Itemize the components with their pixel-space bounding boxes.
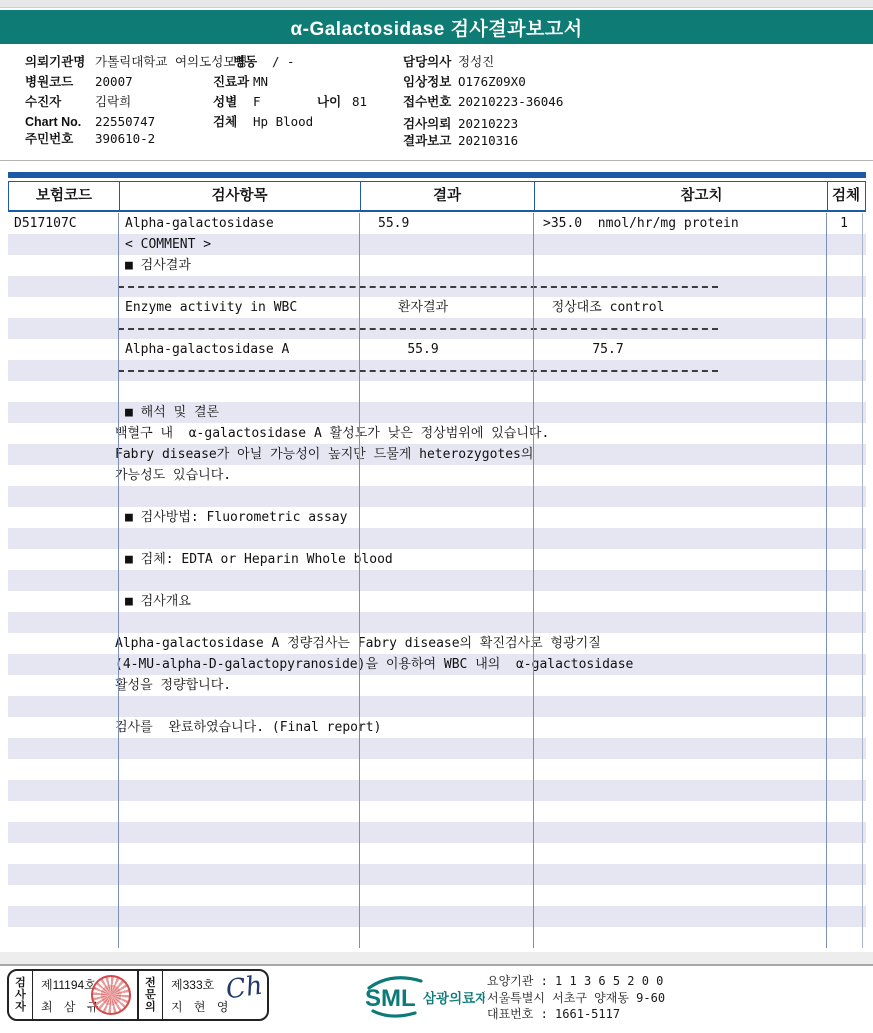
cell: Alpha-galactosidase A 정량검사는 Fabry diseas… bbox=[115, 633, 601, 654]
header-separator bbox=[827, 182, 828, 210]
cell: Alpha-galactosidase bbox=[125, 213, 274, 234]
table-row bbox=[8, 780, 866, 801]
org-name-text: 삼광의료재단 bbox=[423, 990, 485, 1006]
table-row bbox=[8, 759, 866, 780]
info-label: 임상정보 bbox=[403, 74, 451, 90]
table-row: < COMMENT > bbox=[8, 234, 866, 255]
table-right-border bbox=[862, 213, 863, 948]
info-value: 정성진 bbox=[458, 54, 494, 70]
table-row: Alpha-galactosidase A55.975.7 bbox=[8, 339, 866, 360]
report-title: α-Galactosidase 검사결과보고서 bbox=[290, 14, 582, 41]
col-header-code: 보험코드 bbox=[9, 182, 119, 210]
table-row bbox=[8, 738, 866, 759]
top-divider bbox=[0, 0, 873, 8]
org-care-number: 요양기관 : 1 1 3 6 5 2 0 0 bbox=[487, 972, 663, 989]
examiner-stamp-box: 검 사 자 제11194호 최 삼 규 전 문 의 제333호 지 현 영 Ch bbox=[7, 969, 269, 1021]
info-value: 가톨릭대학교 여의도성모병 bbox=[95, 54, 247, 70]
info-label: 의뢰기관명 bbox=[25, 54, 85, 70]
header-separator bbox=[360, 182, 361, 210]
info-label: 결과보고 bbox=[403, 133, 451, 149]
info-value: 김락희 bbox=[95, 94, 131, 110]
info-value: MN bbox=[253, 74, 268, 90]
table-row bbox=[8, 927, 866, 948]
cell: ■ 검사결과 bbox=[125, 255, 191, 276]
info-label: 성별 bbox=[213, 94, 237, 110]
dashed-separator bbox=[118, 328, 718, 330]
logo-text: SML bbox=[365, 985, 416, 1012]
info-label: 병동 bbox=[233, 54, 257, 70]
specialist-cert-no: 제333호 bbox=[171, 976, 214, 993]
header-separator bbox=[534, 182, 535, 210]
info-value: 22550747 bbox=[95, 114, 155, 130]
cell: D517107C bbox=[14, 213, 77, 234]
table-top-bar bbox=[8, 172, 866, 178]
cell: 백혈구 내 α-galactosidase A 활성도가 낮은 정상범위에 있습… bbox=[115, 423, 549, 444]
info-label: 검사의뢰 bbox=[403, 116, 451, 132]
specialist-name: 지 현 영 bbox=[171, 998, 232, 1015]
column-line bbox=[359, 213, 360, 948]
table-header: 보험코드 검사항목 결과 참고치 검체 bbox=[8, 181, 866, 211]
info-divider bbox=[0, 160, 873, 161]
col-header-item: 검사항목 bbox=[119, 182, 360, 210]
table-row: (4-MU-alpha-D-galactopyranoside)을 이용하여 W… bbox=[8, 654, 866, 675]
header-bottom-border bbox=[8, 211, 866, 212]
info-value: O176Z09X0 bbox=[458, 74, 526, 90]
dashed-separator bbox=[118, 286, 718, 288]
table-row bbox=[8, 696, 866, 717]
info-label: 접수번호 bbox=[403, 94, 451, 110]
info-label: Chart No. bbox=[25, 114, 81, 130]
table-row: 활성을 정량합니다. bbox=[8, 675, 866, 696]
table-row: D517107CAlpha-galactosidase55.9>35.0 nmo… bbox=[8, 213, 866, 234]
info-label: 담당의사 bbox=[403, 54, 451, 70]
cell: 55.9 bbox=[378, 213, 409, 234]
info-value: 81 bbox=[352, 94, 367, 110]
examiner-cert-no: 제11194호 bbox=[41, 976, 96, 993]
table-row: 가능성도 있습니다. bbox=[8, 465, 866, 486]
examiner-role-label: 검 사 자 bbox=[9, 971, 33, 1019]
report-banner: α-Galactosidase 검사결과보고서 bbox=[0, 10, 873, 44]
info-value: 20007 bbox=[95, 74, 133, 90]
lab-report-page: α-Galactosidase 검사결과보고서 의뢰기관명 가톨릭대학교 여의도… bbox=[0, 0, 873, 1033]
table-row: ■ 검사결과 bbox=[8, 255, 866, 276]
table-row bbox=[8, 885, 866, 906]
table-row bbox=[8, 486, 866, 507]
specialist-cell: 제333호 지 현 영 Ch bbox=[163, 971, 267, 1019]
org-phone: 대표번호 : 1661-5117 bbox=[487, 1005, 620, 1022]
info-value: 20210223 bbox=[458, 116, 518, 132]
table-row bbox=[8, 570, 866, 591]
table-row bbox=[8, 822, 866, 843]
cell: (4-MU-alpha-D-galactopyranoside)을 이용하여 W… bbox=[115, 654, 633, 675]
table-row bbox=[8, 843, 866, 864]
table-row bbox=[8, 906, 866, 927]
table-row bbox=[8, 528, 866, 549]
table-row bbox=[8, 381, 866, 402]
info-label: 나이 bbox=[317, 94, 341, 110]
cell: >35.0 nmol/hr/mg protein bbox=[543, 213, 739, 234]
info-value: / - bbox=[272, 54, 295, 70]
cell: ■ 검체: EDTA or Heparin Whole blood bbox=[125, 549, 393, 570]
info-label: 병원코드 bbox=[25, 74, 73, 90]
info-value: Hp Blood bbox=[253, 114, 313, 130]
red-seal-stamp-icon bbox=[91, 975, 131, 1015]
cell: Enzyme activity in WBC bbox=[125, 297, 297, 318]
cell: 55.9 bbox=[338, 339, 508, 360]
info-label: 검체 bbox=[213, 114, 237, 130]
column-line bbox=[533, 213, 534, 948]
column-line bbox=[118, 213, 119, 948]
column-line bbox=[826, 213, 827, 948]
info-label: 수진자 bbox=[25, 94, 61, 110]
cell: Fabry disease가 아닐 가능성이 높지만 드물게 heterozyg… bbox=[115, 444, 533, 465]
table-row: ■ 검체: EDTA or Heparin Whole blood bbox=[8, 549, 866, 570]
cell: ■ 해석 및 결론 bbox=[125, 402, 219, 423]
cell: 검사를 완료하였습니다. (Final report) bbox=[115, 717, 381, 738]
dashed-separator bbox=[118, 370, 718, 372]
info-label: 주민번호 bbox=[25, 131, 73, 147]
sml-logo-icon: SML 삼광의료재단 bbox=[363, 974, 485, 1018]
cell: 1 bbox=[826, 213, 862, 234]
info-value: 20210223-36046 bbox=[458, 94, 563, 110]
table-row: ■ 검사방법: Fluorometric assay bbox=[8, 507, 866, 528]
table-row bbox=[8, 801, 866, 822]
info-label: 진료과 bbox=[213, 74, 249, 90]
cell: 활성을 정량합니다. bbox=[115, 675, 231, 696]
header-separator bbox=[119, 182, 120, 210]
specialist-role-label: 전 문 의 bbox=[137, 971, 163, 1019]
bottom-divider bbox=[0, 952, 873, 966]
signature-icon: Ch bbox=[224, 971, 264, 1006]
table-row: Fabry disease가 아닐 가능성이 높지만 드물게 heterozyg… bbox=[8, 444, 866, 465]
table-row: ■ 해석 및 결론 bbox=[8, 402, 866, 423]
info-value: F bbox=[253, 94, 261, 110]
table-row bbox=[8, 276, 866, 297]
org-address: 서울특별시 서초구 양재동 9-60 bbox=[487, 989, 665, 1006]
cell: 환자결과 bbox=[338, 297, 508, 318]
col-header-result: 결과 bbox=[360, 182, 534, 210]
table-row: 백혈구 내 α-galactosidase A 활성도가 낮은 정상범위에 있습… bbox=[8, 423, 866, 444]
cell: 75.7 bbox=[498, 339, 718, 360]
table-row: 검사를 완료하였습니다. (Final report) bbox=[8, 717, 866, 738]
table-row bbox=[8, 360, 866, 381]
info-value: 20210316 bbox=[458, 133, 518, 149]
cell: Alpha-galactosidase A bbox=[125, 339, 289, 360]
table-row: ■ 검사개요 bbox=[8, 591, 866, 612]
col-header-reference: 참고치 bbox=[534, 182, 869, 210]
info-value: 390610-2 bbox=[95, 131, 155, 147]
examiner-cell: 제11194호 최 삼 규 bbox=[33, 971, 137, 1019]
col-header-specimen: 검체 bbox=[827, 182, 865, 210]
table-row bbox=[8, 318, 866, 339]
table-row: Alpha-galactosidase A 정량검사는 Fabry diseas… bbox=[8, 633, 866, 654]
cell: 가능성도 있습니다. bbox=[115, 465, 231, 486]
cell: < COMMENT > bbox=[125, 234, 211, 255]
table-body: D517107CAlpha-galactosidase55.9>35.0 nmo… bbox=[8, 213, 866, 948]
table-row: Enzyme activity in WBC환자결과정상대조 control bbox=[8, 297, 866, 318]
table-row bbox=[8, 612, 866, 633]
cell: ■ 검사방법: Fluorometric assay bbox=[125, 507, 347, 528]
table-row bbox=[8, 864, 866, 885]
cell: 정상대조 control bbox=[498, 297, 718, 318]
cell: ■ 검사개요 bbox=[125, 591, 191, 612]
